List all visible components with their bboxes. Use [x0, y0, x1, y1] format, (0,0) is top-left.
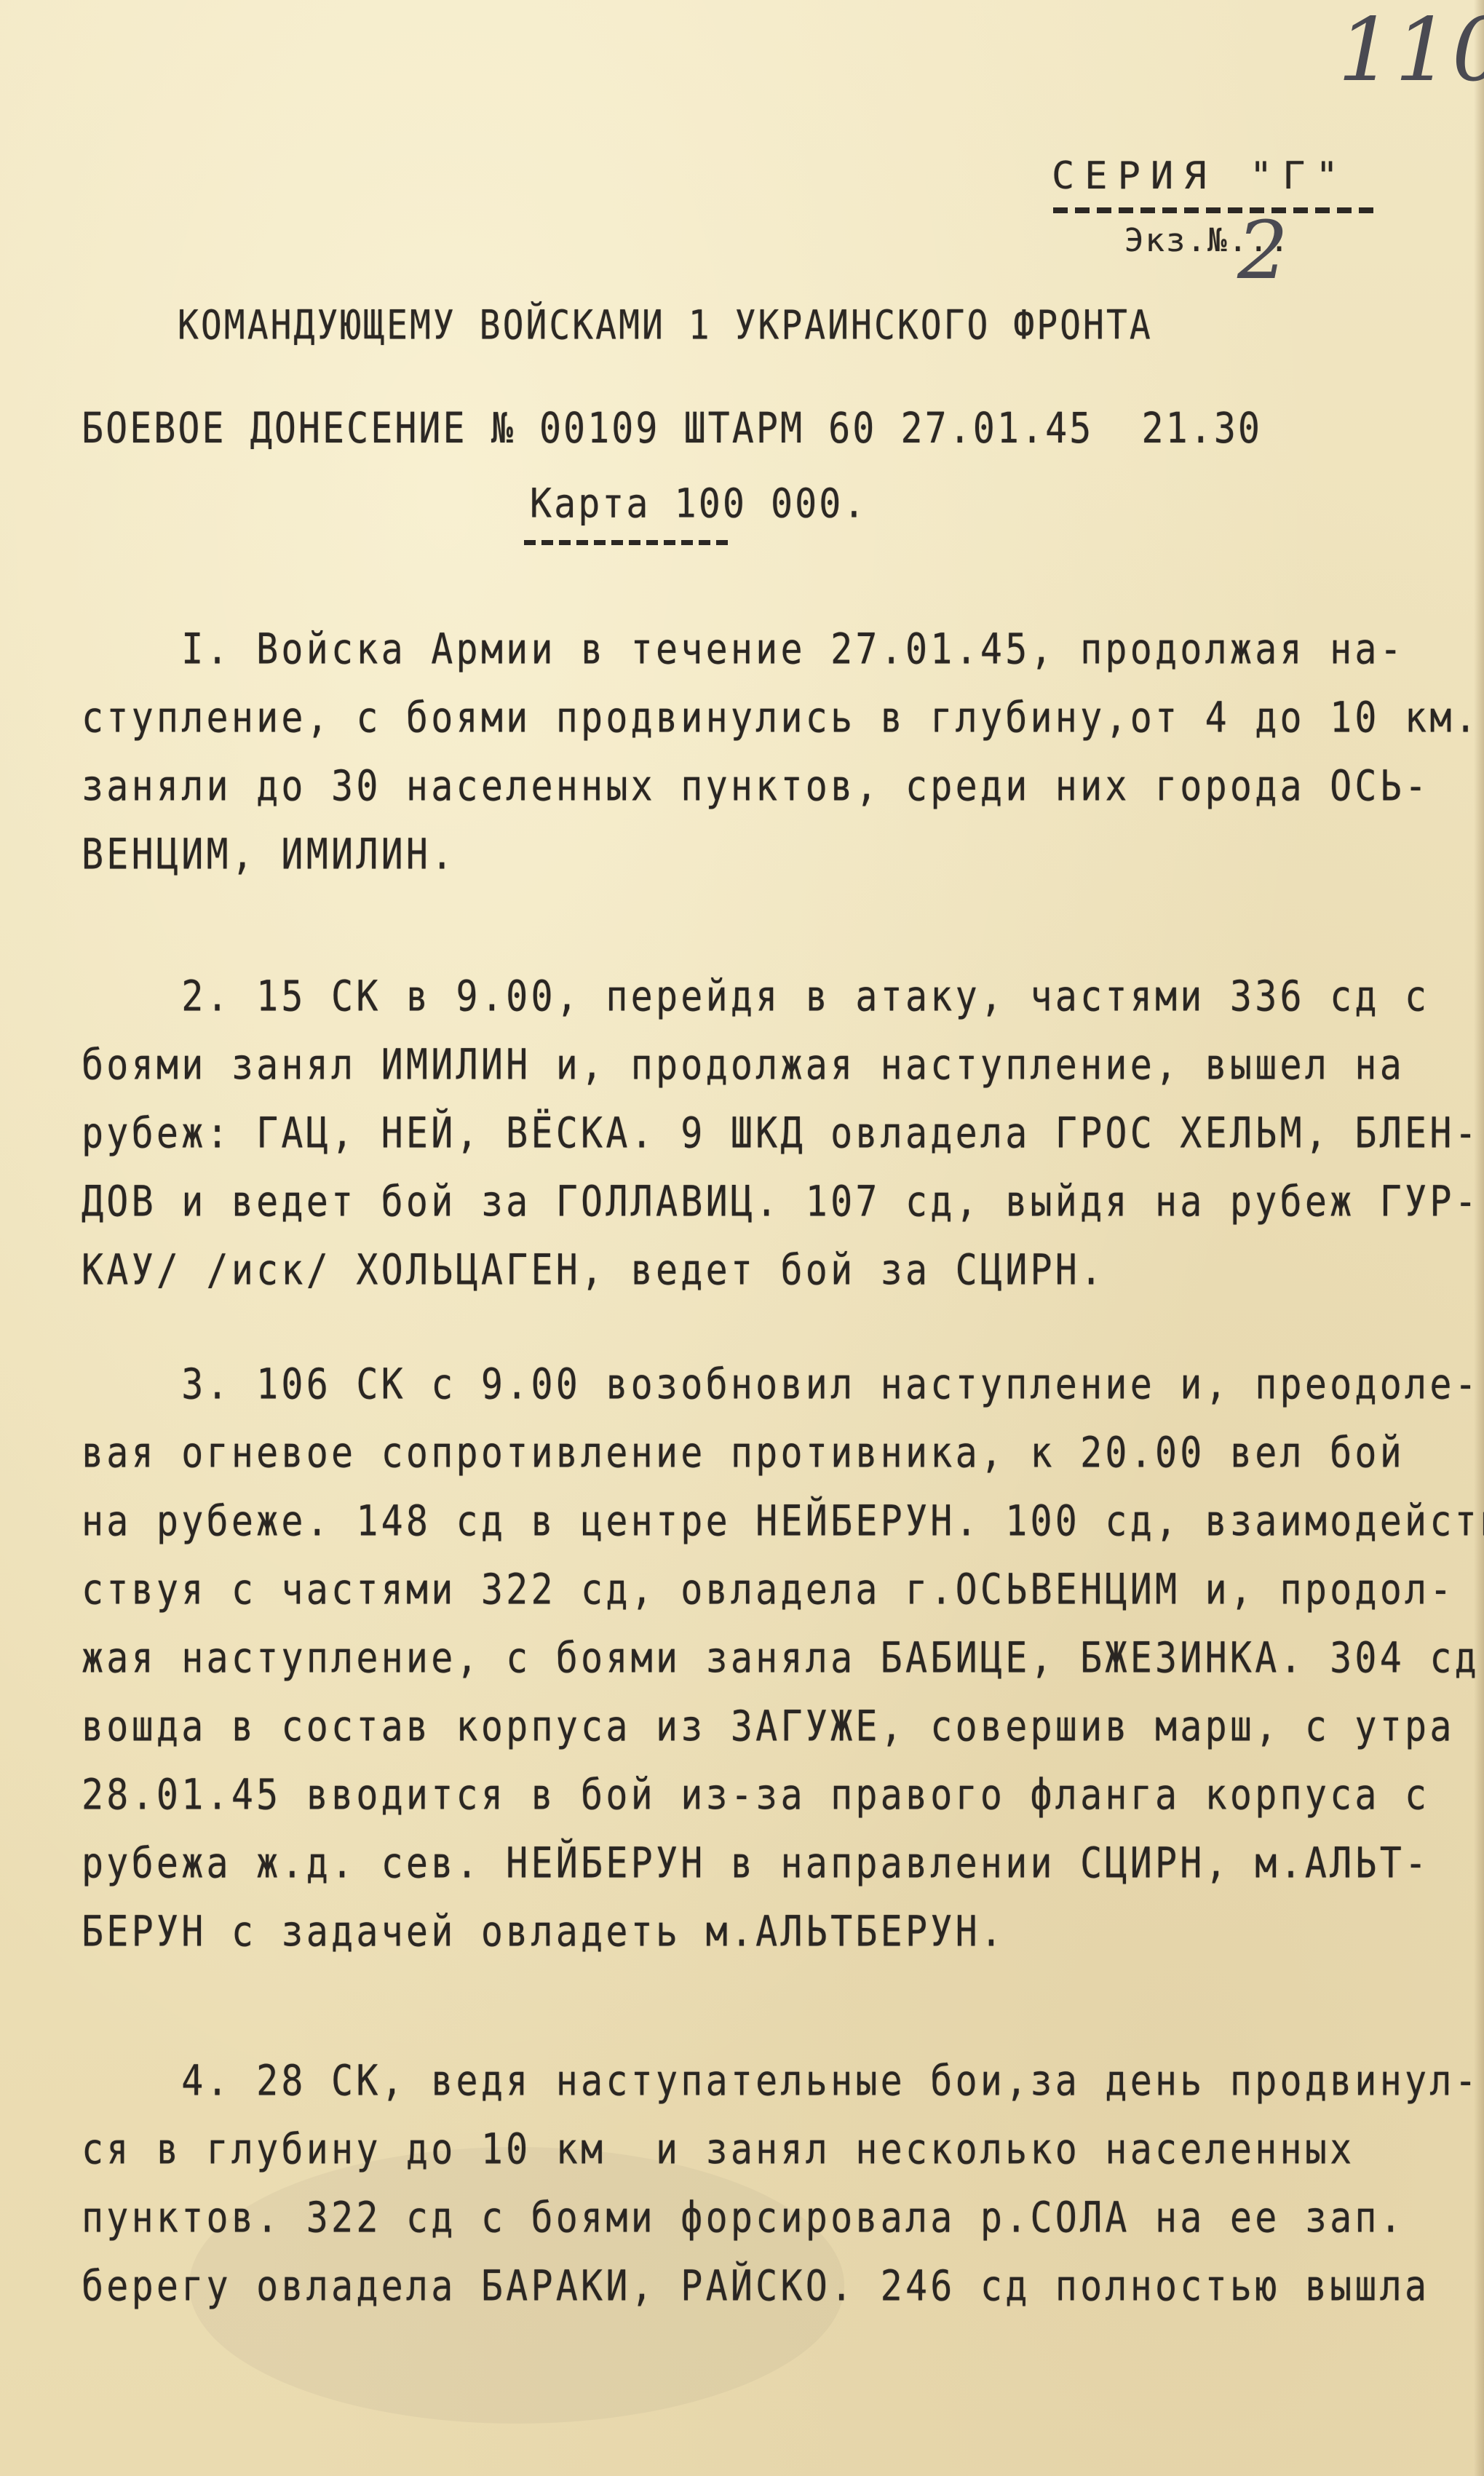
text-line: боями занял ИМИЛИН и, продолжая наступле…	[82, 1025, 1480, 1104]
map-scale: Карта 100 000.	[530, 480, 867, 527]
paragraph-4: 4. 28 СК, ведя наступательные бои,за ден…	[82, 2047, 1480, 2320]
text-line: ствуя с частями 322 сд, овладела г.ОСЬВЕ…	[82, 1550, 1484, 1629]
text-line: ДОВ и ведет бой за ГОЛЛАВИЦ. 107 сд, вый…	[82, 1162, 1480, 1241]
paragraph-3: 3. 106 СК с 9.00 возобновил наступление …	[82, 1350, 1484, 1966]
text-line: 28.01.45 вводится в бой из-за правого фл…	[82, 1755, 1484, 1834]
text-line: БЕРУН с задачей овладеть м.АЛЬТБЕРУН.	[82, 1892, 1484, 1971]
text-line: вая огневое сопротивление противника, к …	[82, 1413, 1484, 1492]
text-line: жая наступление, с боями заняла БАБИЦЕ, …	[82, 1619, 1484, 1697]
text-line: ся в глубину до 10 км и занял несколько …	[82, 2110, 1480, 2189]
handwritten-copy-number: 2	[1237, 204, 1288, 297]
paragraph-1: I. Войска Армии в течение 27.01.45, прод…	[82, 615, 1480, 889]
text-line: 2. 15 СК в 9.00, перейдя в атаку, частям…	[82, 957, 1480, 1036]
text-line: берегу овладела БАРАКИ, РАЙСКО. 246 сд п…	[82, 2247, 1480, 2325]
paragraph-2: 2. 15 СК в 9.00, перейдя в атаку, частям…	[82, 962, 1480, 1304]
text-line: заняли до 30 населенных пунктов, среди н…	[82, 747, 1480, 825]
text-line: ВЕНЦИМ, ИМИЛИН.	[82, 815, 1480, 894]
handwritten-folio-number: 110	[1338, 0, 1484, 101]
map-scale-underline	[524, 540, 734, 545]
text-line: I. Войска Армии в течение 27.01.45, прод…	[82, 610, 1480, 689]
report-title: БОЕВОЕ ДОНЕСЕНИЕ № 00109 ШТАРМ 60 27.01.…	[82, 404, 1262, 453]
text-line: рубеж: ГАЦ, НЕЙ, ВЁСКА. 9 ШКД овладела Г…	[82, 1094, 1480, 1172]
series-label: СЕРИЯ "Г"	[1052, 154, 1349, 198]
document-page: 110 СЕРИЯ "Г" Экз.№... 2 КОМАНДУЮЩЕМУ ВО…	[0, 0, 1484, 2476]
text-line: 4. 28 СК, ведя наступательные бои,за ден…	[82, 2041, 1480, 2120]
text-line: рубежа ж.д. сев. НЕЙБЕРУН в направлении …	[82, 1824, 1484, 1902]
addressee-heading: КОМАНДУЮЩЕМУ ВОЙСКАМИ 1 УКРАИНСКОГО ФРОН…	[178, 302, 1153, 349]
series-underline	[1053, 207, 1375, 213]
text-line: на рубеже. 148 сд в центре НЕЙБЕРУН. 100…	[82, 1482, 1484, 1560]
text-line: пунктов. 322 сд с боями форсировала р.СО…	[82, 2178, 1480, 2257]
text-line: КАУ/ /иск/ ХОЛЬЦАГЕН, ведет бой за СЦИРН…	[82, 1231, 1480, 1309]
text-line: ступление, с боями продвинулись в глубин…	[82, 678, 1480, 757]
text-line: вошда в состав корпуса из ЗАГУЖЕ, соверш…	[82, 1687, 1484, 1766]
text-line: 3. 106 СК с 9.00 возобновил наступление …	[82, 1345, 1484, 1424]
